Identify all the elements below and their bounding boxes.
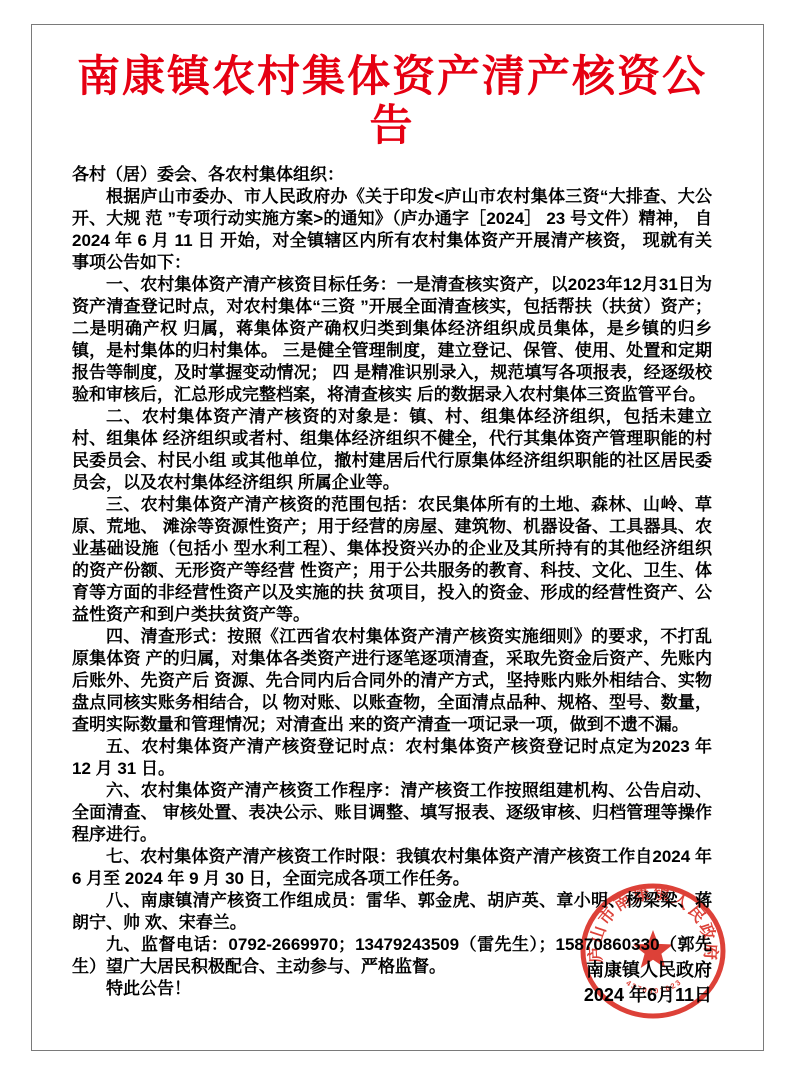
paragraph-item-2: 二、农村集体资产清产核资的对象是：镇、村、组集体经济组织，包括未建立村、组集体 … bbox=[72, 406, 712, 494]
intro-paragraph: 根据庐山市委办、市人民政府办《关于印发<庐山市农村集体三资“大排查、大公开、大规… bbox=[72, 186, 712, 274]
paragraph-item-4: 四、清查形式：按照《江西省农村集体资产清产核资实施细则》的要求，不打乱原集体资 … bbox=[72, 626, 712, 736]
document-body: 各村（居）委会、各农村集体组织： 根据庐山市委办、市人民政府办《关于印发<庐山市… bbox=[72, 164, 712, 1000]
salutation-line: 各村（居）委会、各农村集体组织： bbox=[72, 164, 712, 186]
signature-date: 2024 年6月11日 bbox=[584, 983, 712, 1008]
paragraph-item-6: 六、农村集体资产清产核资工作程序：清产核资工作按照组建机构、公告启动、全面清查、… bbox=[72, 780, 712, 846]
announcement-page: 南康镇农村集体资产清产核资公告 各村（居）委会、各农村集体组织： 根据庐山市委办… bbox=[0, 0, 792, 1074]
paragraph-item-5: 五、农村集体资产清产核资登记时点：农村集体资产核资登记时点定为2023 年 12… bbox=[72, 736, 712, 780]
signature-block: 南康镇人民政府 2024 年6月11日 bbox=[584, 958, 712, 1008]
paragraph-item-1: 一、农村集体资产清产核资目标任务：一是清查核实资产，以2023年12月31日为资… bbox=[72, 274, 712, 406]
signature-org: 南康镇人民政府 bbox=[584, 958, 712, 983]
page-title: 南康镇农村集体资产清产核资公告 bbox=[72, 53, 712, 152]
paragraph-item-8: 八、南康镇清产核资工作组成员：雷华、郭金虎、胡庐英、章小明、杨梁梁、蒋朗宁、帅 … bbox=[72, 890, 712, 934]
document-border: 南康镇农村集体资产清产核资公告 各村（居）委会、各农村集体组织： 根据庐山市委办… bbox=[31, 24, 764, 1051]
paragraph-item-3: 三、农村集体资产清产核资的范围包括：农民集体所有的土地、森林、山岭、草原、荒地、… bbox=[72, 494, 712, 626]
paragraph-item-7: 七、农村集体资产清产核资工作时限：我镇农村集体资产清产核资工作自2024 年 6… bbox=[72, 846, 712, 890]
